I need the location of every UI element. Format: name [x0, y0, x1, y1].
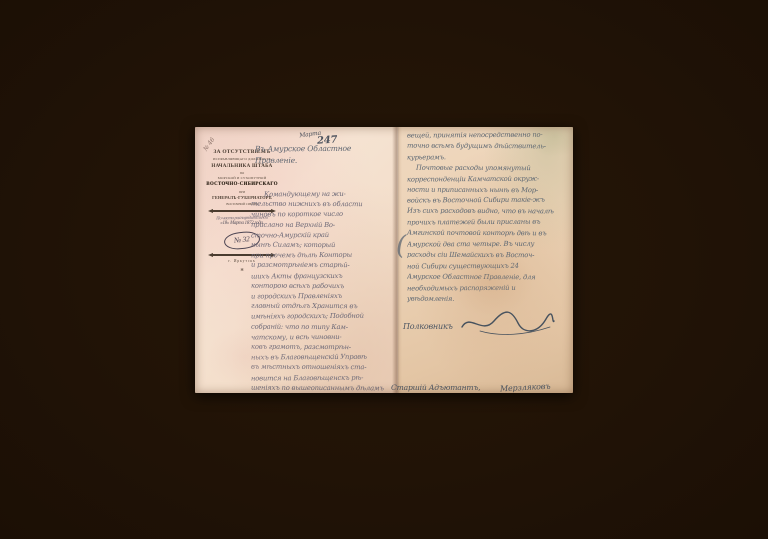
- signatory-rank: Полковникъ: [403, 322, 453, 331]
- right-page-handwritten-body: вещей, принятія непосредственно по-точно…: [407, 130, 569, 305]
- letterhead-line: ПО: [200, 172, 284, 175]
- addressee-heading: Въ Амурское Областное Правленіе.: [255, 143, 397, 167]
- margin-bracket-mark: (: [396, 231, 406, 261]
- letterhead-line: МОРСКОЙ И СУХОПУТНОЙ: [200, 177, 284, 180]
- handwritten-line: Амурской два ста четыре. Въ числу: [407, 239, 569, 251]
- signature-block: Полковникъ: [403, 311, 563, 341]
- handwritten-line: точно всѣмъ будущимъ дѣйствитель-: [407, 141, 569, 153]
- document-left-page: № 46 Марта 247 ЗА ОТСУТСТВІЕМЪ ИСПРАВЛЯЮ…: [195, 127, 398, 393]
- left-page-handwritten-body: Командующему на жи-тельство нижнихъ въ о…: [251, 189, 398, 393]
- handwritten-line: ной Сибири существующихъ 24: [407, 260, 569, 272]
- secretary-block: Старшій Адъютантъ, Мерзляковъ: [391, 377, 573, 393]
- handwritten-line: необходимыхъ распоряженій и: [407, 282, 569, 294]
- secretary-signature: Мерзляковъ: [499, 382, 550, 393]
- archival-document-photo: № 46 Марта 247 ЗА ОТСУТСТВІЕМЪ ИСПРАВЛЯЮ…: [195, 127, 573, 393]
- letterhead-line: ВОСТОЧНО-СИБИРСКАГО: [200, 183, 284, 188]
- addressee-line: Въ Амурское Областное: [255, 143, 397, 156]
- handwritten-line: увѣдомленія.: [407, 293, 569, 305]
- handwritten-line: шеніяхъ по вышеописаннымъ дѣламъ: [251, 383, 398, 393]
- handwritten-line: и разсмотрѣніемъ старѣй-: [251, 260, 398, 271]
- addressee-line: Правленіе.: [255, 155, 397, 168]
- handwritten-line: Почтовые расходы упомянутый: [407, 162, 569, 174]
- handwritten-line: корреспонденціи Камчатской окруж-: [407, 173, 569, 185]
- handwritten-line: въ мѣстныхъ отношеніяхъ ста-: [251, 362, 398, 373]
- handwritten-line: прислано на Верхній Во-: [251, 219, 398, 230]
- signature-flourish-icon: [460, 311, 556, 341]
- secretary-rank: Старшій Адъютантъ,: [391, 383, 480, 392]
- handwritten-line: Амурское Областное Правленіе, для: [407, 271, 569, 283]
- handwritten-line: собраній: что по типу Кам-: [251, 321, 398, 332]
- handwritten-line: курьерамъ.: [407, 151, 569, 163]
- handwritten-line: имѣніяхъ городскихъ; Подобной: [251, 311, 398, 322]
- handwritten-line: чиновъ по короткое число: [251, 209, 398, 220]
- handwritten-line: расходы сіи Шемайскихъ въ Восточ-: [407, 250, 569, 262]
- handwritten-line: шихъ Акты французскихъ: [251, 270, 398, 281]
- handwritten-line: вещей, принятія непосредственно по-: [407, 130, 569, 142]
- handwritten-line: новится на Благовѣщенскъ рѣ-: [251, 372, 398, 383]
- dark-backdrop: № 46 Марта 247 ЗА ОТСУТСТВІЕМЪ ИСПРАВЛЯЮ…: [0, 0, 768, 539]
